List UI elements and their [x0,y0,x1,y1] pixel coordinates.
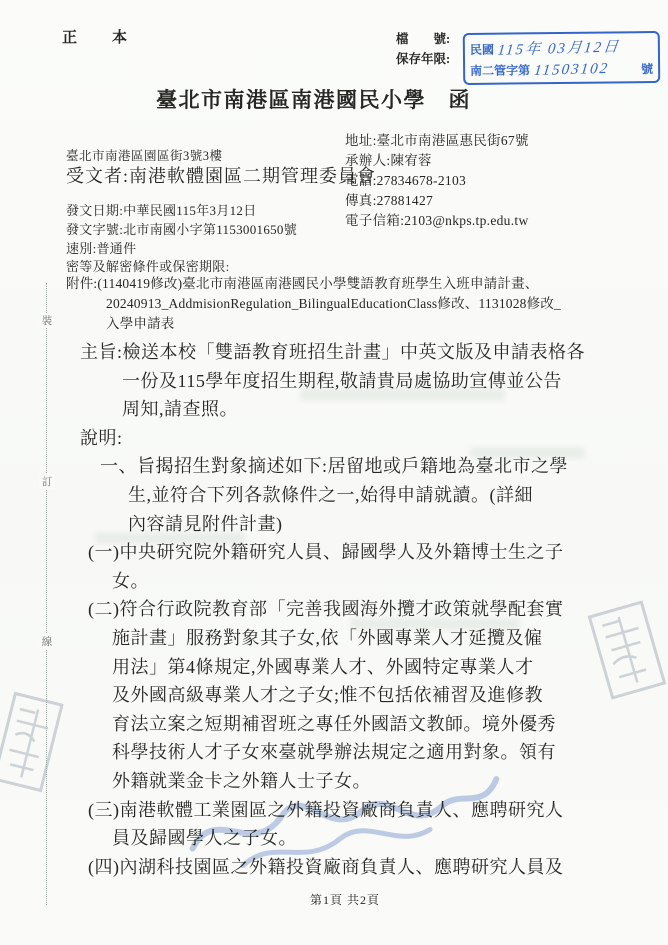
list-item: (四)內湖科技園區之外籍投資廠商負責人、應聘研究人員及 [80,853,615,882]
item-text: 中央研究院外籍研究人員、歸國學人及外籍博士生之子 女。 [112,542,564,591]
explanation-label: 說明: [80,424,615,453]
attachment-label: 附件: [66,276,97,291]
list-item: (三)南港軟體工業園區之外籍投資廠商負責人、應聘研究人 員及歸國學人之子女。 [80,796,615,853]
item-text: 內湖科技園區之外籍投資廠商負責人、應聘研究人員及 [120,857,564,877]
letter-body: 主旨:檢送本校「雙語教育班招生計畫」中英文版及申請表格各 一份及115學年度招生… [80,338,615,881]
stamp-ref-prefix: 南二管字第 [470,62,530,80]
binding-mark-ding: 訂 [39,474,55,489]
contact-email: 電子信箱:2103@nkps.tp.edu.tw [345,211,529,231]
contact-address: 地址:臺北市南港區惠民街67號 [345,131,529,151]
subject-label: 主旨: [80,342,123,362]
recipient-row: 受文者:南港軟體園區二期管理委員會 [66,162,376,188]
binding-mark-xian: 線 [39,634,55,649]
subject-paragraph: 主旨:檢送本校「雙語教育班招生計畫」中英文版及申請表格各 一份及115學年度招生… [80,338,615,424]
subject-text: 檢送本校「雙語教育班招生計畫」中英文版及申請表格各 一份及115學年度招生期程,… [122,342,585,419]
item-text: 旨揭招生對象摘述如下:居留地或戶籍地為臺北市之學 生,並符合下列各款條件之一,始… [128,456,568,533]
item-label: (四) [88,857,120,877]
document-title: 臺北市南港區南港國民小學 函 [156,84,471,114]
document-page: 正 本 檔 號: 保存年限: 民國 115年 03月12日 南二管字第 1150… [0,0,668,945]
binding-mark-zhuang: 裝 [39,313,55,328]
item-label: (二) [88,599,120,619]
item-text: 南港軟體工業園區之外籍投資廠商負責人、應聘研究人 員及歸國學人之子女。 [112,800,564,849]
binding-dotted-line [46,283,47,905]
issue-number: 發文字號:北市南國小字第1153001650號 [66,219,297,238]
list-item: (一)中央研究院外籍研究人員、歸國學人及外籍博士生之子 女。 [80,538,615,595]
sender-contact-block: 地址:臺北市南港區惠民街67號 承辦人:陳宥蓉 電話:27834678-2103… [345,131,529,231]
list-item: (二)符合行政院教育部「完善我國海外攬才政策就學配套實 施計畫」服務對象其子女,… [80,595,615,795]
item-label: (三) [88,800,120,820]
security-grade: 密等及解密條件或保密期限: [66,256,230,275]
stamp-ref-handwriting: 11503102 [533,61,610,80]
stamp-number-line: 南二管字第 11503102 號 [470,60,653,80]
item-label: 一、 [100,456,137,476]
page-number: 第1頁 共2頁 [0,891,668,908]
item-label: (一) [88,542,120,562]
stamp-ref-suffix: 號 [641,60,653,77]
recipient-name: 南港軟體園區二期管理委員會 [129,166,376,186]
received-date-stamp: 民國 115年 03月12日 南二管字第 11503102 號 [463,31,661,85]
contact-person: 承辦人:陳宥蓉 [345,151,529,171]
file-number-label: 檔 號: [396,29,450,47]
speed-class: 速別:普通件 [66,238,136,257]
stamp-date-handwriting: 115年 03月12日 [497,35,622,59]
contact-fax: 傳真:27881427 [345,191,529,211]
attachment-row: 附件:(1140419修改)臺北市南港區南港國民小學雙語教育班學生入班申請計畫、… [66,274,651,334]
stamp-era-label: 民國 [470,40,494,57]
contact-phone: 電話:27834678-2103 [345,171,529,191]
stamp-date-line: 民國 115年 03月12日 [470,36,653,59]
retention-period-label: 保存年限: [396,49,450,67]
attachment-text: (1140419修改)臺北市南港區南港國民小學雙語教育班學生入班申請計畫、 20… [97,276,561,331]
issue-date: 發文日期:中華民國115年3月12日 [66,200,257,219]
copy-type-label: 正 本 [62,26,137,47]
list-item: 一、旨揭招生對象摘述如下:居留地或戶籍地為臺北市之學 生,並符合下列各款條件之一… [80,452,615,538]
item-text: 符合行政院教育部「完善我國海外攬才政策就學配套實 施計畫」服務對象其子女,依「外… [112,599,564,791]
faint-seal-icon [0,689,67,796]
recipient-label: 受文者: [66,166,129,186]
